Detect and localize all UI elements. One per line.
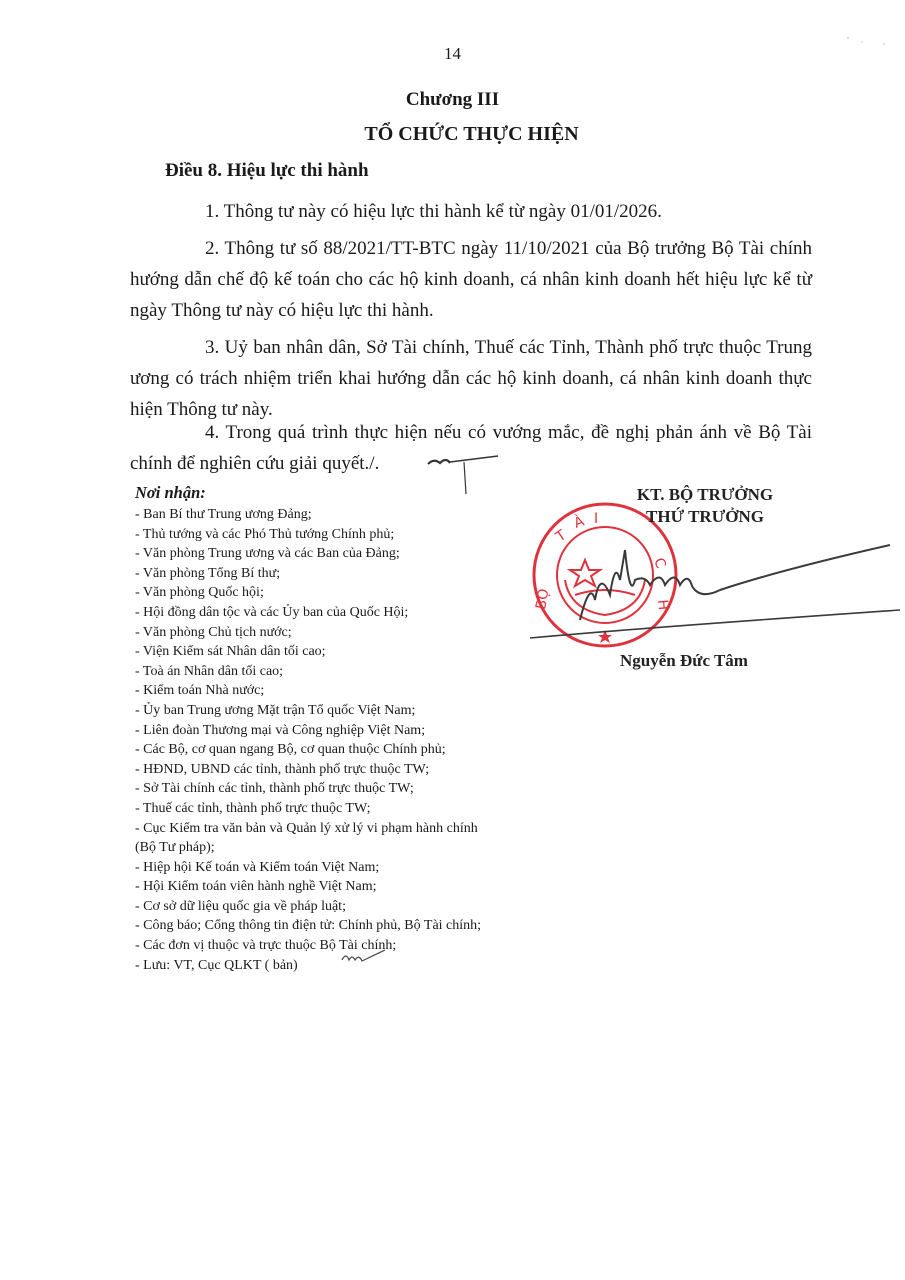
recipient-item: - Hội Kiểm toán viên hành nghề Việt Nam; xyxy=(135,877,595,897)
recipient-item: - Kiểm toán Nhà nước; xyxy=(135,681,595,701)
handwritten-signature-icon xyxy=(520,540,900,650)
recipient-item: - Sở Tài chính các tỉnh, thành phố trực … xyxy=(135,779,595,799)
paragraph-text: 2. Thông tư số 88/2021/TT-BTC ngày 11/10… xyxy=(130,238,812,321)
handwritten-note-icon xyxy=(340,946,390,968)
recipient-item: - Toà án Nhân dân tối cao; xyxy=(135,662,595,682)
recipient-item: - Cục Kiểm tra văn bản và Quản lý xử lý … xyxy=(135,819,595,839)
recipient-item: - Công báo; Cổng thông tin điện tử: Chín… xyxy=(135,916,595,936)
signature-title-line2: THỨ TRƯỞNG xyxy=(560,506,850,528)
paragraph-3: 3. Uỷ ban nhân dân, Sở Tài chính, Thuế c… xyxy=(130,332,812,425)
signature-title-line1: KT. BỘ TRƯỞNG xyxy=(560,484,850,506)
signature-block: KT. BỘ TRƯỞNG THỨ TRƯỞNG xyxy=(560,484,850,528)
article-heading: Điều 8. Hiệu lực thi hành xyxy=(165,160,369,182)
recipients-title: Nơi nhận: xyxy=(135,483,595,503)
recipient-item: - Các Bộ, cơ quan ngang Bộ, cơ quan thuộ… xyxy=(135,740,595,760)
recipient-item: - Ủy ban Trung ương Mặt trận Tổ quốc Việ… xyxy=(135,701,595,721)
paragraph-text: 1. Thông tư này có hiệu lực thi hành kể … xyxy=(205,201,662,222)
chapter-label: Chương III xyxy=(0,89,905,111)
recipient-item: - HĐND, UBND các tỉnh, thành phố trực th… xyxy=(135,760,595,780)
paragraph-2: 2. Thông tư số 88/2021/TT-BTC ngày 11/10… xyxy=(130,233,812,326)
paragraph-1: 1. Thông tư này có hiệu lực thi hành kể … xyxy=(130,196,812,227)
recipient-item: - Hiệp hội Kế toán và Kiểm toán Việt Nam… xyxy=(135,858,595,878)
signer-name: Nguyễn Đức Tâm xyxy=(620,651,748,671)
recipient-item: (Bộ Tư pháp); xyxy=(135,838,595,858)
scan-artifact-icon xyxy=(840,30,900,50)
recipient-item: - Ban Bí thư Trung ương Đảng; xyxy=(135,505,595,525)
paragraph-text: 3. Uỷ ban nhân dân, Sở Tài chính, Thuế c… xyxy=(130,337,812,420)
page-number: 14 xyxy=(0,44,905,64)
recipient-item: - Liên đoàn Thương mại và Công nghiệp Vi… xyxy=(135,721,595,741)
recipient-item: - Cơ sở dữ liệu quốc gia về pháp luật; xyxy=(135,897,595,917)
recipient-item: - Thuế các tỉnh, thành phố trực thuộc TW… xyxy=(135,799,595,819)
chapter-title: TỔ CHỨC THỰC HIỆN xyxy=(0,123,905,146)
